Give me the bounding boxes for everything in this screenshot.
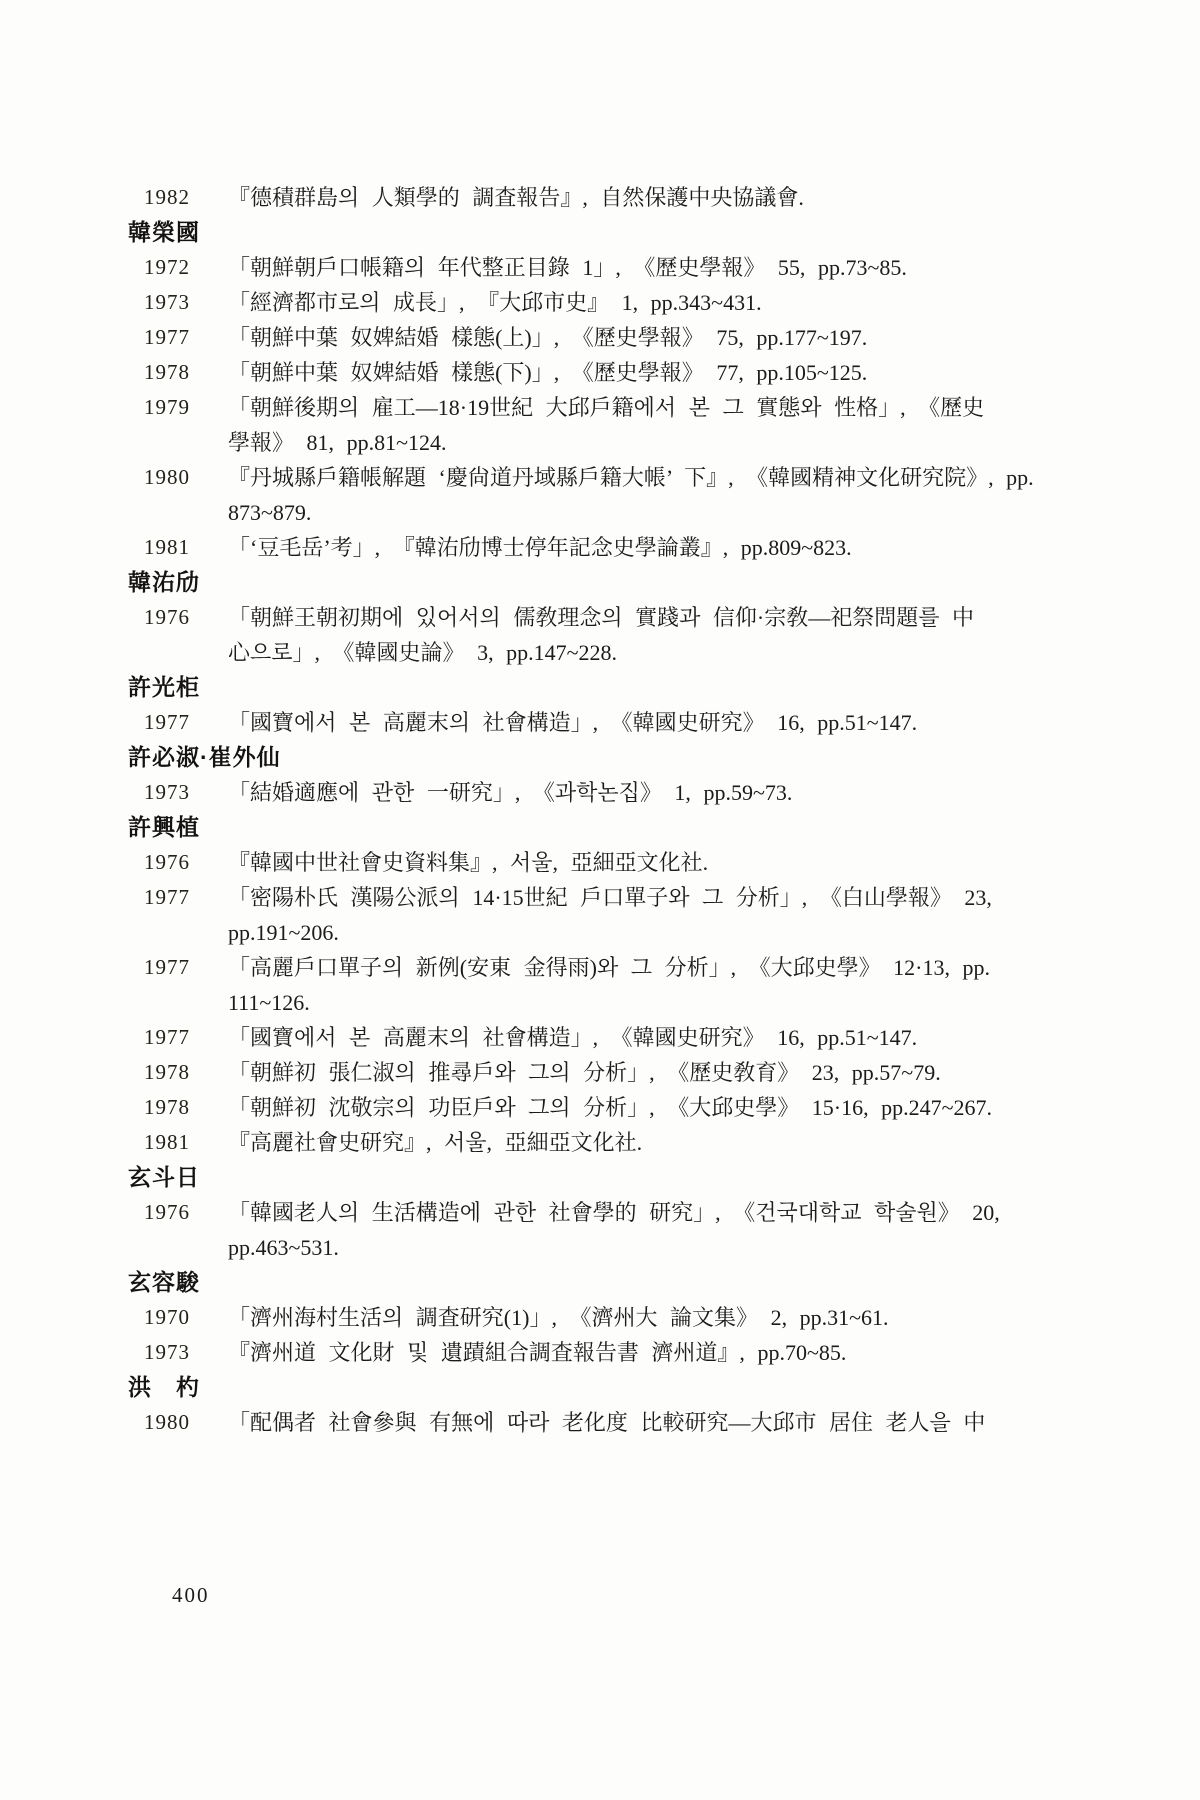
author-heading: 玄斗日: [128, 1160, 1066, 1195]
entry-text: 「朝鮮初 沈敬宗의 功臣戶와 그의 分析」, 《大邱史學》 15·16, pp.…: [228, 1090, 1066, 1125]
bibliography-section: 洪 杓 1980 「配偶者 社會參與 有無에 따라 老化度 比較研究—大邱市 居…: [128, 1370, 1066, 1440]
bibliography-section: 許興植 1976 『韓國中世社會史資料集』, 서울, 亞細亞文化社. 1977 …: [128, 810, 1066, 1160]
bibliography-section: 韓榮國 1972 「朝鮮朝戶口帳籍의 年代整正目錄 1」, 《歷史學報》 55,…: [128, 215, 1066, 565]
entry-text: 『丹城縣戶籍帳解題 ‘慶尙道丹域縣戶籍大帳’ 下』, 《韓國精神文化研究院》, …: [228, 460, 1066, 530]
bib-line: 『濟州道 文化財 및 遺蹟組合調査報告書 濟州道』, pp.70~85.: [228, 1335, 1066, 1370]
entry-year: 1976: [144, 845, 228, 880]
entry-year: 1978: [144, 355, 228, 390]
entry-year: 1977: [144, 880, 228, 915]
entry-list: 1970 「濟州海村生活의 調査研究(1)」, 《濟州大 論文集》 2, pp.…: [128, 1300, 1066, 1370]
bib-line: 「密陽朴氏 漢陽公派의 14·15世紀 戶口單子와 그 分析」, 《白山學報》 …: [228, 880, 1066, 915]
entry-text: 『濟州道 文化財 및 遺蹟組合調査報告書 濟州道』, pp.70~85.: [228, 1335, 1066, 1370]
bib-line: 「結婚適應에 관한 一研究」, 《과학논집》 1, pp.59~73.: [228, 775, 1066, 810]
entry-list: 1972 「朝鮮朝戶口帳籍의 年代整正目錄 1」, 《歷史學報》 55, pp.…: [128, 250, 1066, 565]
bib-entry: 1979 「朝鮮後期의 雇工—18·19世紀 大邱戶籍에서 본 그 實態와 性格…: [128, 390, 1066, 460]
entry-text: 「朝鮮中葉 奴婢結婚 樣態(上)」, 《歷史學報》 75, pp.177~197…: [228, 320, 1066, 355]
bib-entry: 1980 「配偶者 社會參與 有無에 따라 老化度 比較研究—大邱市 居住 老人…: [128, 1405, 1066, 1440]
entry-text: 「配偶者 社會參與 有無에 따라 老化度 比較研究—大邱市 居住 老人을 中: [228, 1405, 1066, 1440]
entry-year: 1982: [144, 180, 228, 215]
entry-text: 『韓國中世社會史資料集』, 서울, 亞細亞文化社.: [228, 845, 1066, 880]
author-heading: 韓㳓劤: [128, 565, 1066, 600]
entry-text: 『德積群島의 人類學的 調査報告』, 自然保護中央協議會.: [228, 180, 1066, 215]
bib-line: pp.463~531.: [228, 1230, 1066, 1265]
bib-entry: 1977 「高麗戶口單子의 新例(安東 金得雨)와 그 分析」, 《大邱史學》 …: [128, 950, 1066, 1020]
bib-line: 「朝鮮後期의 雇工—18·19世紀 大邱戶籍에서 본 그 實態와 性格」, 《歷…: [228, 390, 1066, 425]
bibliography-section: 韓㳓劤 1976 「朝鮮王朝初期에 있어서의 儒敎理念의 實踐과 信仰·宗敎—祀…: [128, 565, 1066, 670]
bib-entry: 1976 「朝鮮王朝初期에 있어서의 儒敎理念의 實踐과 信仰·宗敎—祀祭問題를…: [128, 600, 1066, 670]
bib-entry: 1976 「韓國老人의 生活構造에 관한 社會學的 研究」, 《건국대학교 학술…: [128, 1195, 1066, 1265]
entry-text: 「結婚適應에 관한 一研究」, 《과학논집》 1, pp.59~73.: [228, 775, 1066, 810]
entry-text: 「密陽朴氏 漢陽公派의 14·15世紀 戶口單子와 그 分析」, 《白山學報》 …: [228, 880, 1066, 950]
entry-year: 1976: [144, 600, 228, 635]
bib-line: pp.191~206.: [228, 915, 1066, 950]
bib-entry: 1977 「密陽朴氏 漢陽公派의 14·15世紀 戶口單子와 그 分析」, 《白…: [128, 880, 1066, 950]
bib-line: 「朝鮮初 沈敬宗의 功臣戶와 그의 分析」, 《大邱史學》 15·16, pp.…: [228, 1090, 1066, 1125]
bibliography-section: 1982 『德積群島의 人類學的 調査報告』, 自然保護中央協議會.: [128, 180, 1066, 215]
bib-line: 『韓國中世社會史資料集』, 서울, 亞細亞文化社.: [228, 845, 1066, 880]
entry-year: 1980: [144, 1405, 228, 1440]
entry-year: 1970: [144, 1300, 228, 1335]
bib-line: 「濟州海村生活의 調査研究(1)」, 《濟州大 論文集》 2, pp.31~61…: [228, 1300, 1066, 1335]
entry-year: 1978: [144, 1055, 228, 1090]
bib-line: 「高麗戶口單子의 新例(安東 金得雨)와 그 分析」, 《大邱史學》 12·13…: [228, 950, 1066, 985]
bib-entry: 1970 「濟州海村生活의 調査研究(1)」, 《濟州大 論文集》 2, pp.…: [128, 1300, 1066, 1335]
entry-year: 1977: [144, 950, 228, 985]
entry-year: 1977: [144, 320, 228, 355]
entry-list: 1982 『德積群島의 人類學的 調査報告』, 自然保護中央協議會.: [128, 180, 1066, 215]
bib-entry: 1982 『德積群島의 人類學的 調査報告』, 自然保護中央協議會.: [128, 180, 1066, 215]
bib-entry: 1981 「‘豆毛岳’考」, 『韓㳓劤博士停年記念史學論叢』, pp.809~8…: [128, 530, 1066, 565]
author-heading: 韓榮國: [128, 215, 1066, 250]
bib-line: 「朝鮮王朝初期에 있어서의 儒敎理念의 實踐과 信仰·宗敎—祀祭問題를 中: [228, 600, 1066, 635]
bib-entry: 1977 「朝鮮中葉 奴婢結婚 樣態(上)」, 《歷史學報》 75, pp.17…: [128, 320, 1066, 355]
bib-entry: 1978 「朝鮮初 沈敬宗의 功臣戶와 그의 分析」, 《大邱史學》 15·16…: [128, 1090, 1066, 1125]
bib-entry: 1981 『高麗社會史研究』, 서울, 亞細亞文化社.: [128, 1125, 1066, 1160]
entry-year: 1973: [144, 1335, 228, 1370]
page-number: 400: [172, 1583, 210, 1608]
bib-line: 「國寶에서 본 高麗末의 社會構造」, 《韓國史研究》 16, pp.51~14…: [228, 705, 1066, 740]
entry-text: 「韓國老人의 生活構造에 관한 社會學的 研究」, 《건국대학교 학술원》 20…: [228, 1195, 1066, 1265]
bib-line: 「朝鮮初 張仁淑의 推尋戶와 그의 分析」, 《歷史敎育》 23, pp.57~…: [228, 1055, 1066, 1090]
entry-text: 「國寶에서 본 高麗末의 社會構造」, 《韓國史研究》 16, pp.51~14…: [228, 1020, 1066, 1055]
bib-line: 學報》 81, pp.81~124.: [228, 425, 1066, 460]
bib-line: 「朝鮮中葉 奴婢結婚 樣態(上)」, 《歷史學報》 75, pp.177~197…: [228, 320, 1066, 355]
bib-line: 111~126.: [228, 985, 1066, 1020]
entry-text: 「經濟都市로의 成長」, 『大邱市史』 1, pp.343~431.: [228, 285, 1066, 320]
bib-entry: 1978 「朝鮮中葉 奴婢結婚 樣態(下)」, 《歷史學報》 77, pp.10…: [128, 355, 1066, 390]
entry-text: 「朝鮮初 張仁淑의 推尋戶와 그의 分析」, 《歷史敎育》 23, pp.57~…: [228, 1055, 1066, 1090]
entry-text: 「朝鮮王朝初期에 있어서의 儒敎理念의 實踐과 信仰·宗敎—祀祭問題를 中心으로…: [228, 600, 1066, 670]
entry-text: 「高麗戶口單子의 新例(安東 金得雨)와 그 分析」, 《大邱史學》 12·13…: [228, 950, 1066, 1020]
author-heading: 許興植: [128, 810, 1066, 845]
entry-list: 1976 「韓國老人의 生活構造에 관한 社會學的 研究」, 《건국대학교 학술…: [128, 1195, 1066, 1265]
bib-line: 「配偶者 社會參與 有無에 따라 老化度 比較研究—大邱市 居住 老人을 中: [228, 1405, 1066, 1440]
bib-line: 「經濟都市로의 成長」, 『大邱市史』 1, pp.343~431.: [228, 285, 1066, 320]
bib-line: 心으로」, 《韓國史論》 3, pp.147~228.: [228, 635, 1066, 670]
bib-entry: 1973 「結婚適應에 관한 一研究」, 《과학논집》 1, pp.59~73.: [128, 775, 1066, 810]
entry-text: 「‘豆毛岳’考」, 『韓㳓劤博士停年記念史學論叢』, pp.809~823.: [228, 530, 1066, 565]
bib-line: 『高麗社會史研究』, 서울, 亞細亞文化社.: [228, 1125, 1066, 1160]
bib-entry: 1973 「經濟都市로의 成長」, 『大邱市史』 1, pp.343~431.: [128, 285, 1066, 320]
entry-text: 「朝鮮中葉 奴婢結婚 樣態(下)」, 《歷史學報》 77, pp.105~125…: [228, 355, 1066, 390]
author-heading: 許光柜: [128, 670, 1066, 705]
entry-list: 1977 「國寶에서 본 高麗末의 社會構造」, 《韓國史研究》 16, pp.…: [128, 705, 1066, 740]
entry-text: 「朝鮮後期의 雇工—18·19世紀 大邱戶籍에서 본 그 實態와 性格」, 《歷…: [228, 390, 1066, 460]
entry-list: 1973 「結婚適應에 관한 一研究」, 《과학논집》 1, pp.59~73.: [128, 775, 1066, 810]
entry-year: 1981: [144, 530, 228, 565]
entry-list: 1976 「朝鮮王朝初期에 있어서의 儒敎理念의 實踐과 信仰·宗敎—祀祭問題를…: [128, 600, 1066, 670]
entry-year: 1977: [144, 1020, 228, 1055]
entry-year: 1972: [144, 250, 228, 285]
bibliography-section: 許光柜 1977 「國寶에서 본 高麗末의 社會構造」, 《韓國史研究》 16,…: [128, 670, 1066, 740]
bibliography-section: 許必淑·崔外仙 1973 「結婚適應에 관한 一研究」, 《과학논집》 1, p…: [128, 740, 1066, 810]
bib-line: 『丹城縣戶籍帳解題 ‘慶尙道丹域縣戶籍大帳’ 下』, 《韓國精神文化研究院》, …: [228, 460, 1066, 495]
author-heading: 玄容駿: [128, 1265, 1066, 1300]
entry-year: 1979: [144, 390, 228, 425]
scanned-book-page: 1982 『德積群島의 人類學的 調査報告』, 自然保護中央協議會. 韓榮國 1…: [0, 0, 1200, 1800]
bib-line: 873~879.: [228, 495, 1066, 530]
bib-line: 「韓國老人의 生活構造에 관한 社會學的 研究」, 《건국대학교 학술원》 20…: [228, 1195, 1066, 1230]
bib-line: 『德積群島의 人類學的 調査報告』, 自然保護中央協議會.: [228, 180, 1066, 215]
entry-text: 「國寶에서 본 高麗末의 社會構造」, 《韓國史研究》 16, pp.51~14…: [228, 705, 1066, 740]
entry-list: 1980 「配偶者 社會參與 有無에 따라 老化度 比較研究—大邱市 居住 老人…: [128, 1405, 1066, 1440]
bib-entry: 1980 『丹城縣戶籍帳解題 ‘慶尙道丹域縣戶籍大帳’ 下』, 《韓國精神文化研…: [128, 460, 1066, 530]
bib-entry: 1976 『韓國中世社會史資料集』, 서울, 亞細亞文化社.: [128, 845, 1066, 880]
entry-year: 1981: [144, 1125, 228, 1160]
bibliography-section: 玄斗日 1976 「韓國老人의 生活構造에 관한 社會學的 研究」, 《건국대학…: [128, 1160, 1066, 1265]
entry-text: 「朝鮮朝戶口帳籍의 年代整正目錄 1」, 《歷史學報》 55, pp.73~85…: [228, 250, 1066, 285]
bib-entry: 1973 『濟州道 文化財 및 遺蹟組合調査報告書 濟州道』, pp.70~85…: [128, 1335, 1066, 1370]
entry-year: 1973: [144, 775, 228, 810]
bibliography: 1982 『德積群島의 人類學的 調査報告』, 自然保護中央協議會. 韓榮國 1…: [128, 180, 1066, 1440]
entry-year: 1976: [144, 1195, 228, 1230]
entry-year: 1977: [144, 705, 228, 740]
bibliography-section: 玄容駿 1970 「濟州海村生活의 調査研究(1)」, 《濟州大 論文集》 2,…: [128, 1265, 1066, 1370]
entry-text: 「濟州海村生活의 調査研究(1)」, 《濟州大 論文集》 2, pp.31~61…: [228, 1300, 1066, 1335]
bib-entry: 1972 「朝鮮朝戶口帳籍의 年代整正目錄 1」, 《歷史學報》 55, pp.…: [128, 250, 1066, 285]
bib-line: 「朝鮮中葉 奴婢結婚 樣態(下)」, 《歷史學報》 77, pp.105~125…: [228, 355, 1066, 390]
author-heading: 許必淑·崔外仙: [128, 740, 1066, 775]
bib-line: 「‘豆毛岳’考」, 『韓㳓劤博士停年記念史學論叢』, pp.809~823.: [228, 530, 1066, 565]
entry-list: 1976 『韓國中世社會史資料集』, 서울, 亞細亞文化社. 1977 「密陽朴…: [128, 845, 1066, 1160]
bib-entry: 1978 「朝鮮初 張仁淑의 推尋戶와 그의 分析」, 《歷史敎育》 23, p…: [128, 1055, 1066, 1090]
bib-line: 「朝鮮朝戶口帳籍의 年代整正目錄 1」, 《歷史學報》 55, pp.73~85…: [228, 250, 1066, 285]
bib-entry: 1977 「國寶에서 본 高麗末의 社會構造」, 《韓國史研究》 16, pp.…: [128, 705, 1066, 740]
entry-year: 1978: [144, 1090, 228, 1125]
bib-line: 「國寶에서 본 高麗末의 社會構造」, 《韓國史研究》 16, pp.51~14…: [228, 1020, 1066, 1055]
author-heading: 洪 杓: [128, 1370, 1066, 1405]
entry-year: 1973: [144, 285, 228, 320]
bib-entry: 1977 「國寶에서 본 高麗末의 社會構造」, 《韓國史研究》 16, pp.…: [128, 1020, 1066, 1055]
entry-text: 『高麗社會史研究』, 서울, 亞細亞文化社.: [228, 1125, 1066, 1160]
entry-year: 1980: [144, 460, 228, 495]
